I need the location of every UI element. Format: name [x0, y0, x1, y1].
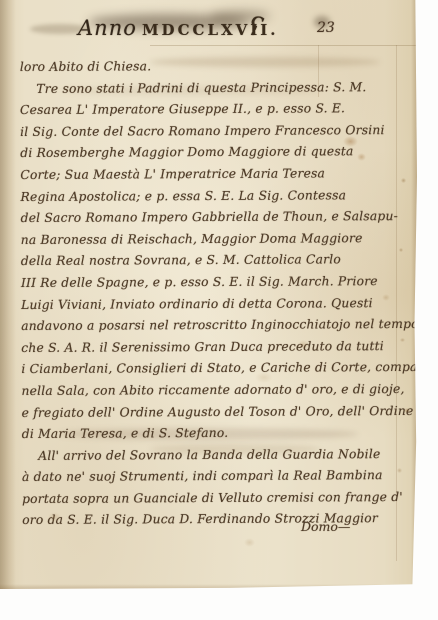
foxing-stain — [244, 538, 255, 547]
text-line: Cesarea L' Imperatore Giuseppe II., e p.… — [20, 98, 398, 122]
text-line: che S. A. R. il Serenissimo Gran Duca pr… — [21, 336, 399, 360]
text-line: na Baronessa di Reischach, Maggior Doma … — [21, 228, 399, 252]
foxing-stain — [397, 468, 402, 473]
text-line: e fregiato dell' Ordine Augusto del Toso… — [22, 401, 400, 425]
text-line: All' arrivo del Sovrano la Banda della G… — [22, 444, 400, 468]
text-line: della Real nostra Sovrana, e S. M. Catto… — [21, 249, 399, 273]
foxing-stain — [404, 408, 410, 413]
manuscript-body-text: loro Abito di Chiesa. Tre sono stati i P… — [20, 55, 400, 532]
foxing-stain — [357, 153, 366, 161]
foxing-stain — [400, 338, 405, 342]
text-line: di Rosemberghe Maggior Domo Maggiore di … — [20, 141, 398, 165]
foxing-stain — [48, 512, 61, 522]
manuscript-page: Anno MDCCLXVII. ⸮ 23 loro Abito di Chies… — [0, 0, 417, 589]
text-line: i Ciamberlani, Consiglieri di Stato, e C… — [21, 357, 399, 381]
header-anno-word: Anno — [78, 16, 137, 40]
foxing-stain — [401, 178, 406, 183]
text-line: portata sopra un Guanciale di Velluto cr… — [22, 487, 400, 511]
text-line: nella Sala, con Abito riccamente adornat… — [21, 379, 399, 403]
catchword: Domo— — [301, 519, 350, 534]
text-line: del Sacro Romano Impero Gabbriella de Th… — [21, 206, 399, 230]
page-edge-bottom — [0, 584, 417, 589]
page-edge-right — [411, 0, 417, 589]
text-line: di Maria Teresa, e di S. Stefano. — [22, 422, 400, 446]
foxing-stain — [382, 294, 390, 301]
text-line: Luigi Viviani, Inviato ordinario di dett… — [21, 293, 399, 317]
text-line: il Sig. Conte del Sacro Romano Impero Fr… — [20, 120, 398, 144]
text-line: à dato ne' suoj Strumenti, indi comparì … — [22, 465, 400, 489]
text-line: Corte; Sua Maestà L' Imperatrice Maria T… — [20, 163, 398, 187]
text-line: loro Abito di Chiesa. — [20, 55, 398, 79]
foxing-stain — [255, 372, 273, 383]
text-line: andavono a posarsi nel retroscritto Ingi… — [21, 314, 399, 338]
foxing-stain — [343, 136, 358, 147]
foxing-stain — [399, 248, 403, 252]
scan-background: Anno MDCCLXVII. ⸮ 23 loro Abito di Chies… — [0, 0, 438, 620]
ruled-line-horizontal — [150, 45, 416, 46]
foxing-stain — [298, 340, 309, 349]
text-line: Regina Apostolica; e p. essa S. E. La Si… — [20, 185, 398, 209]
text-line: Tre sono stati i Padrini di questa Princ… — [20, 77, 398, 101]
text-line: III Re delle Spagne, e p. esso S. E. il … — [21, 271, 399, 295]
binding-gutter-shadow — [0, 0, 16, 589]
page-number: 23 — [317, 20, 335, 36]
